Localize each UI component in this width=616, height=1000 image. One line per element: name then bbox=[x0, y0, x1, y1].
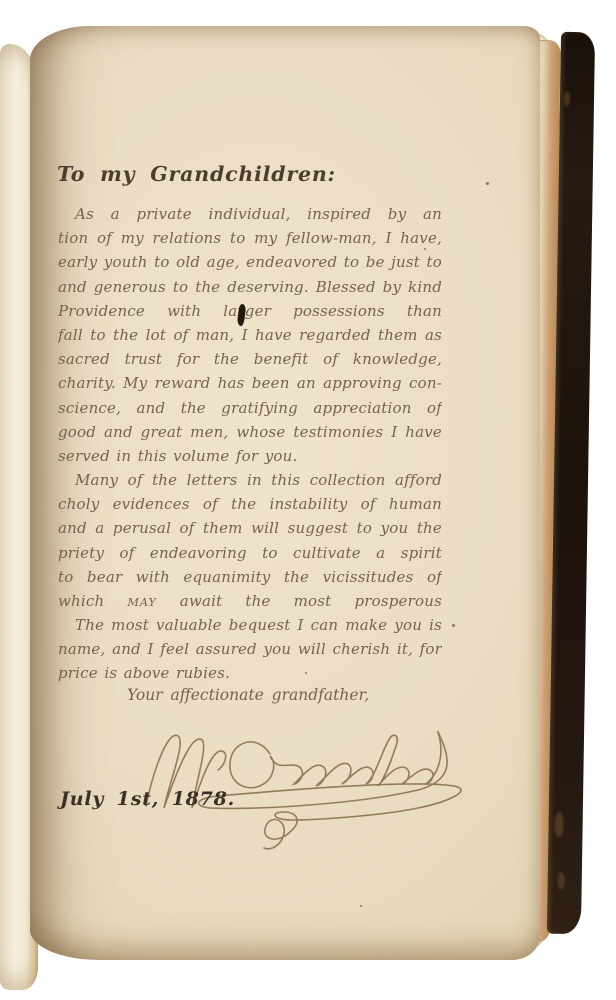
small-caps-word: MAY bbox=[127, 595, 156, 609]
text-line: fall to the lot of man, I have regarded … bbox=[58, 323, 442, 347]
dust-speck bbox=[486, 182, 489, 185]
text-line: and generous to the deserving. Blessed b… bbox=[58, 275, 442, 299]
paragraph-3: The most valuable bequest I can make you… bbox=[58, 613, 442, 686]
text-line: Providence with larger possessions than … bbox=[58, 299, 442, 323]
cover-wear-spot bbox=[558, 872, 565, 890]
text-line: choly evidences of the instability of hu… bbox=[58, 492, 442, 516]
text-line: early youth to old age, endeavored to be… bbox=[58, 250, 442, 274]
text-line: which MAY await the most prosperous cond… bbox=[58, 589, 442, 613]
text-line: price is above rubies. bbox=[58, 661, 442, 685]
dedication-heading: To my Grandchildren: bbox=[57, 162, 457, 186]
text-line: The most valuable bequest I can make you… bbox=[58, 613, 442, 637]
paragraph-1: As a private individual, inspired by an … bbox=[58, 202, 442, 468]
text-line: tion of my relations to my fellow-man, I… bbox=[58, 226, 442, 250]
text-line: sacred trust for the benefit of knowledg… bbox=[58, 347, 442, 371]
dust-speck bbox=[360, 905, 362, 907]
text-line: science, and the gratifying appreciation… bbox=[58, 396, 442, 420]
date-line: July 1st, 1878. bbox=[60, 788, 235, 810]
signature-stroke-corcoran bbox=[230, 732, 441, 788]
text-line: name, and I feel assured you will cheris… bbox=[58, 637, 442, 661]
text-line: Many of the letters in this collection a… bbox=[58, 468, 442, 492]
text-line: good and great men, whose testimonies I … bbox=[58, 420, 442, 444]
closing-line: Your affectionate grandfather, bbox=[127, 686, 369, 704]
text-line: and a perusal of them will suggest to yo… bbox=[58, 516, 442, 540]
text-segment: which bbox=[58, 592, 127, 610]
text-line: priety of endeavoring to cultivate a spi… bbox=[58, 541, 442, 565]
paragraph-2: Many of the letters in this collection a… bbox=[58, 468, 442, 613]
dust-speck bbox=[424, 248, 426, 250]
text-line: charity. My reward has been an approving… bbox=[58, 371, 442, 395]
dust-speck bbox=[305, 672, 307, 674]
text-line: As a private individual, inspired by an … bbox=[58, 202, 442, 226]
text-line: served in this volume for you. bbox=[58, 444, 442, 468]
cover-wear-spot bbox=[554, 812, 563, 838]
signature-stroke-flourish bbox=[199, 732, 461, 849]
cover-wear-spot bbox=[564, 92, 570, 106]
text-line: to bear with equanimity the vicissitudes… bbox=[58, 565, 442, 589]
dust-speck bbox=[452, 624, 455, 627]
